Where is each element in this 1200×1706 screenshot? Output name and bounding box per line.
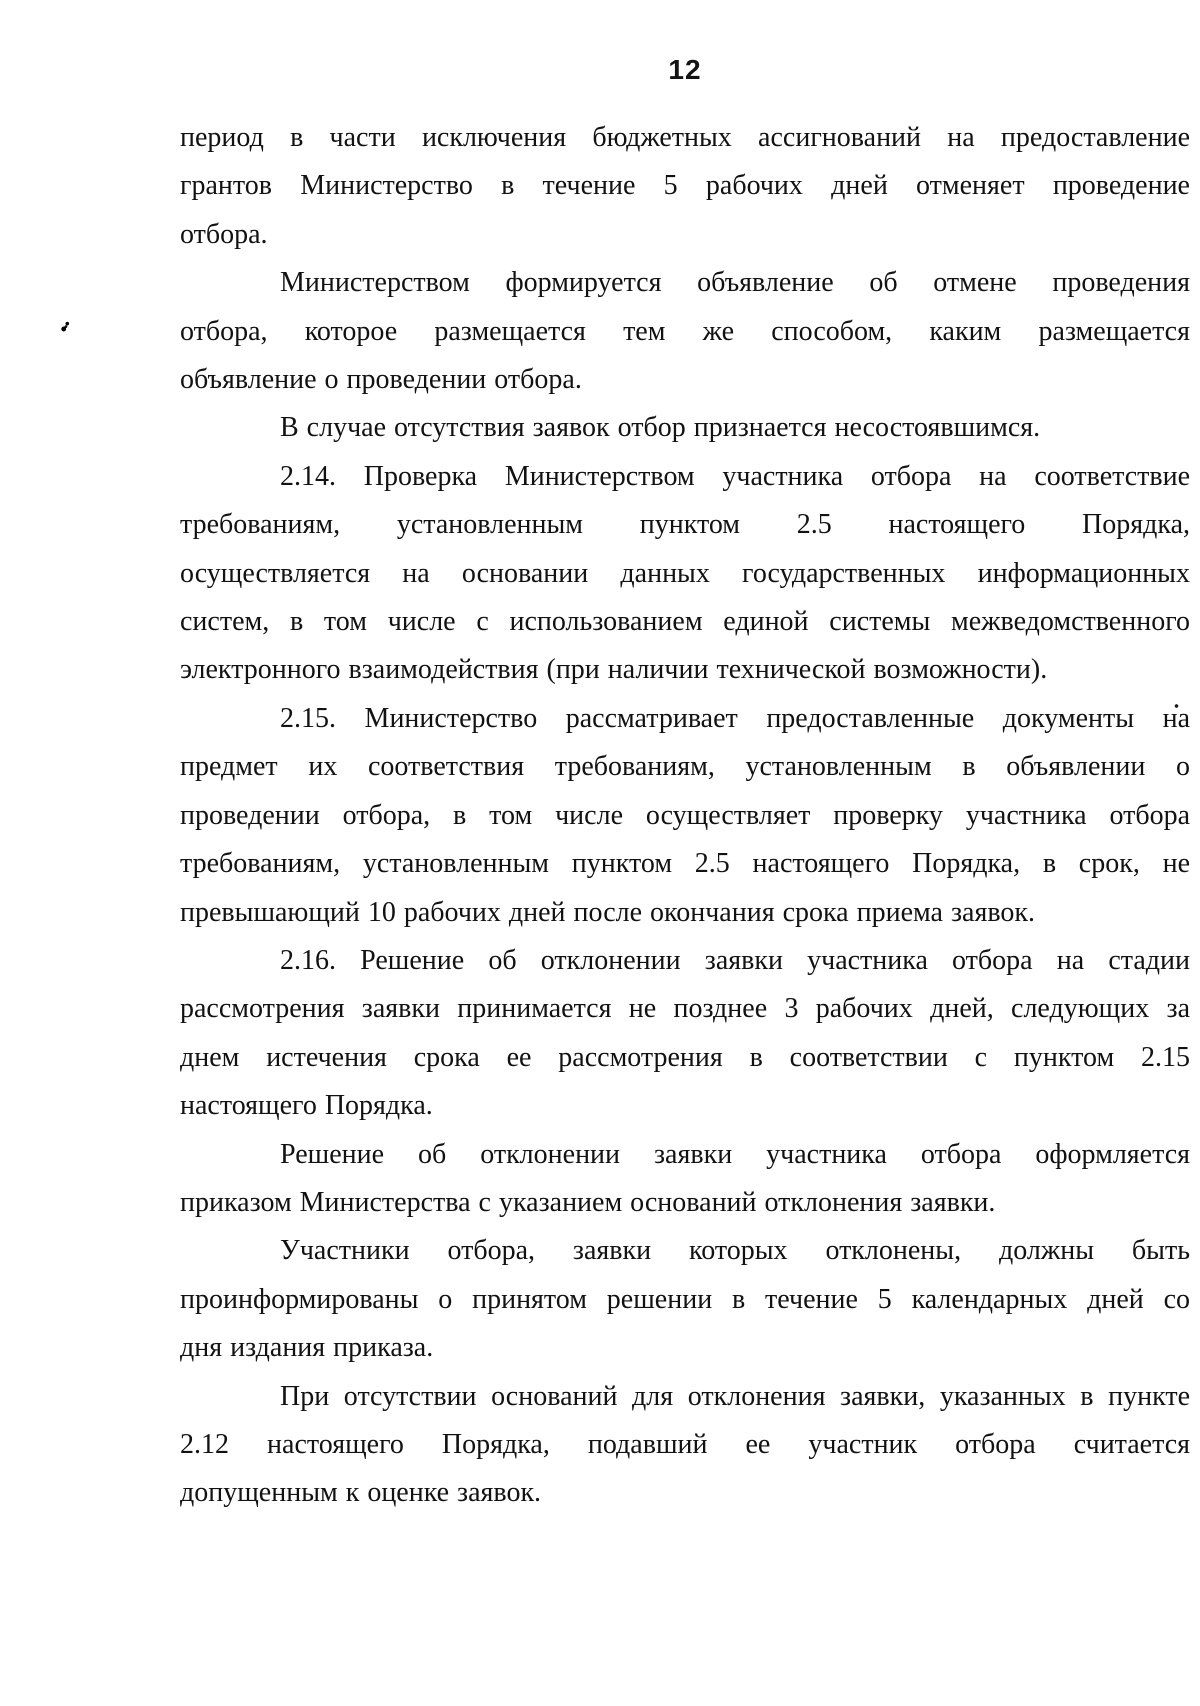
ink-speck-artifact [61, 320, 70, 332]
text-line: настоящего Порядка. [180, 1082, 1190, 1130]
text-line: объявление о проведении отбора. [180, 356, 1190, 404]
text-line: Решение об отклонении заявки участника о… [180, 1131, 1190, 1179]
text-line: приказом Министерства с указанием основа… [180, 1179, 1190, 1227]
text-line: Участники отбора, заявки которых отклоне… [180, 1227, 1190, 1275]
text-line: дня издания приказа. [180, 1324, 1190, 1372]
text-line: 2.12 настоящего Порядка, подавший ее уча… [180, 1421, 1190, 1469]
text-line: отбора. [180, 211, 1190, 259]
text-line: осуществляется на основании данных госуд… [180, 550, 1190, 598]
text-line: период в части исключения бюджетных асси… [180, 114, 1190, 162]
text-line: систем, в том числе с использованием еди… [180, 598, 1190, 646]
document-body: период в части исключения бюджетных асси… [180, 114, 1190, 1518]
text-line: превышающий 10 рабочих дней после оконча… [180, 889, 1190, 937]
text-line: проинформированы о принятом решении в те… [180, 1276, 1190, 1324]
text-line: требованиям, установленным пунктом 2.5 н… [180, 501, 1190, 549]
text-line: требованиям, установленным пунктом 2.5 н… [180, 840, 1190, 888]
text-line: В случае отсутствия заявок отбор признае… [180, 404, 1190, 452]
text-line: рассмотрения заявки принимается не поздн… [180, 985, 1190, 1033]
text-line: отбора, которое размещается тем же спосо… [180, 308, 1190, 356]
text-line: проведении отбора, в том числе осуществл… [180, 792, 1190, 840]
text-line: электронного взаимодействия (при наличии… [180, 646, 1190, 694]
text-line: днем истечения срока ее рассмотрения в с… [180, 1034, 1190, 1082]
text-line: 2.15. Министерство рассматривает предост… [180, 695, 1190, 743]
text-line: 2.14. Проверка Министерством участника о… [180, 453, 1190, 501]
text-line: допущенным к оценке заявок. [180, 1469, 1190, 1517]
document-page: 12 период в части исключения бюджетных а… [0, 0, 1200, 1706]
text-line: предмет их соответствия требованиям, уст… [180, 743, 1190, 791]
text-line: грантов Министерство в течение 5 рабочих… [180, 162, 1190, 210]
text-line: 2.16. Решение об отклонении заявки участ… [180, 937, 1190, 985]
text-line: Министерством формируется объявление об … [180, 259, 1190, 307]
page-number: 12 [180, 54, 1190, 86]
text-line: При отсутствии оснований для отклонения … [180, 1373, 1190, 1421]
